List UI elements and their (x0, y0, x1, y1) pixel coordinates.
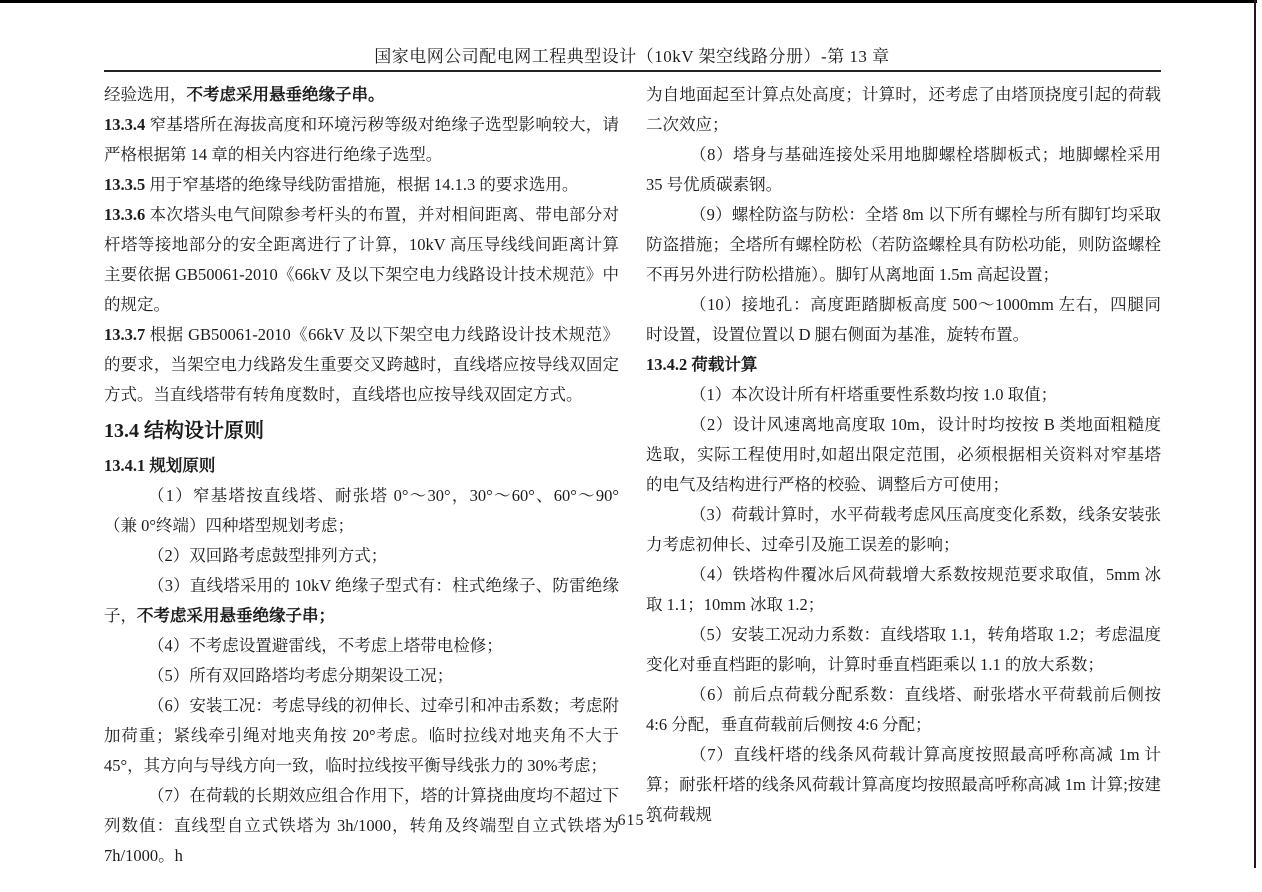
text-columns: 经验选用，不考虑采用悬垂绝缘子串。13.3.4 窄基塔所在海拔高度和环境污秽等级… (104, 80, 1161, 871)
text-run: 13.4.2 荷载计算 (646, 355, 757, 374)
paragraph: （1）窄基塔按直线塔、耐张塔 0°～30°，30°～60°、60°～90°（兼 … (104, 481, 619, 541)
paragraph: （8）塔身与基础连接处采用地脚螺栓塔脚板式；地脚螺栓采用 35 号优质碳素钢。 (646, 140, 1161, 200)
left-column: 经验选用，不考虑采用悬垂绝缘子串。13.3.4 窄基塔所在海拔高度和环境污秽等级… (104, 80, 619, 871)
text-run: 13.3.7 (104, 325, 145, 344)
text-run: 经验选用， (104, 85, 187, 104)
text-run: 13.4.1 规划原则 (104, 456, 215, 475)
text-run: 13.3.6 (104, 205, 145, 224)
text-run: 不考虑采用悬垂绝缘子串； (137, 606, 335, 625)
paragraph: （3）直线塔采用的 10kV 绝缘子型式有：柱式绝缘子、防雷绝缘子，不考虑采用悬… (104, 571, 619, 631)
paragraph: 13.3.4 窄基塔所在海拔高度和环境污秽等级对绝缘子选型影响较大，请严格根据第… (104, 110, 619, 170)
paragraph: （5）所有双回路塔均考虑分期架设工况； (104, 661, 619, 691)
subsection-heading: 13.4.1 规划原则 (104, 451, 619, 481)
text-run: （1）本次设计所有杆塔重要性系数均按 1.0 取值； (690, 385, 1057, 404)
text-run: （8）塔身与基础连接处采用地脚螺栓塔脚板式；地脚螺栓采用 35 号优质碳素钢。 (646, 145, 1161, 194)
paragraph: （6）前后点荷载分配系数：直线塔、耐张塔水平荷载前后侧按 4:6 分配，垂直荷载… (646, 680, 1161, 740)
text-run: 13.3.5 (104, 175, 145, 194)
paragraph: （4）铁塔构件覆冰后风荷载增大系数按规范要求取值，5mm 冰取 1.1；10mm… (646, 560, 1161, 620)
text-run: （4）不考虑设置避雷线，不考虑上塔带电检修； (148, 636, 503, 655)
text-run: （3）荷载计算时，水平荷载考虑风压高度变化系数，线条安装张力考虑初伸长、过牵引及… (646, 505, 1161, 554)
text-run: （2）设计风速离地高度取 10m，设计时均按按 B 类地面粗糙度选取，实际工程使… (646, 415, 1161, 494)
top-border (0, 0, 1257, 3)
paragraph: 为自地面起至计算点处高度；计算时，还考虑了由塔顶挠度引起的荷载二次效应； (646, 80, 1161, 140)
header-rule (104, 70, 1161, 72)
text-run: 用于窄基塔的绝缘导线防雷措施，根据 14.1.3 的要求选用。 (145, 175, 578, 194)
text-run: （6）安装工况：考虑导线的初伸长、过牵引和冲击系数；考虑附加荷重；紧线牵引绳对地… (104, 696, 619, 775)
paragraph: 13.3.5 用于窄基塔的绝缘导线防雷措施，根据 14.1.3 的要求选用。 (104, 170, 619, 200)
text-run: 为自地面起至计算点处高度；计算时，还考虑了由塔顶挠度引起的荷载二次效应； (646, 85, 1161, 134)
text-run: 根据 GB50061-2010《66kV 及以下架空电力线路设计技术规范》的要求… (104, 325, 619, 404)
text-run: 13.4 结构设计原则 (104, 420, 264, 442)
text-run: 不考虑采用悬垂绝缘子串。 (187, 85, 385, 104)
text-run: （4）铁塔构件覆冰后风荷载增大系数按规范要求取值，5mm 冰取 1.1；10mm… (646, 565, 1161, 614)
paragraph: （2）设计风速离地高度取 10m，设计时均按按 B 类地面粗糙度选取，实际工程使… (646, 410, 1161, 500)
text-run: 13.3.4 (104, 115, 145, 134)
paragraph: （10）接地孔：高度距踏脚板高度 500～1000mm 左右，四腿同时设置，设置… (646, 290, 1161, 350)
section-heading: 13.4 结构设计原则 (104, 414, 619, 448)
text-run: 本次塔头电气间隙参考杆头的布置，并对相间距离、带电部分对杆塔等接地部分的安全距离… (104, 205, 619, 314)
text-run: （6）前后点荷载分配系数：直线塔、耐张塔水平荷载前后侧按 4:6 分配，垂直荷载… (646, 685, 1161, 734)
paragraph: 经验选用，不考虑采用悬垂绝缘子串。 (104, 80, 619, 110)
paragraph: （1）本次设计所有杆塔重要性系数均按 1.0 取值； (646, 380, 1161, 410)
text-run: （10）接地孔：高度距踏脚板高度 500～1000mm 左右，四腿同时设置，设置… (646, 295, 1161, 344)
paragraph: （2）双回路考虑鼓型排列方式； (104, 541, 619, 571)
text-run: 窄基塔所在海拔高度和环境污秽等级对绝缘子选型影响较大，请严格根据第 14 章的相… (104, 115, 619, 164)
right-border (1254, 0, 1256, 868)
paragraph: （9）螺栓防盗与防松：全塔 8m 以下所有螺栓与所有脚钉均采取防盗措施；全塔所有… (646, 200, 1161, 290)
text-run: （1）窄基塔按直线塔、耐张塔 0°～30°，30°～60°、60°～90°（兼 … (104, 486, 619, 535)
subsection-heading: 13.4.2 荷载计算 (646, 350, 1161, 380)
page-number: - 615 - (0, 812, 1262, 830)
text-run: （5）安装工况动力系数：直线塔取 1.1，转角塔取 1.2；考虑温度变化对垂直档… (646, 625, 1161, 674)
paragraph: （3）荷载计算时，水平荷载考虑风压高度变化系数，线条安装张力考虑初伸长、过牵引及… (646, 500, 1161, 560)
text-run: （2）双回路考虑鼓型排列方式； (148, 546, 387, 565)
text-run: （5）所有双回路塔均考虑分期架设工况； (148, 666, 453, 685)
document-page: 国家电网公司配电网工程典型设计（10kV 架空线路分册）-第 13 章 经验选用… (0, 0, 1262, 892)
paragraph: 13.3.7 根据 GB50061-2010《66kV 及以下架空电力线路设计技… (104, 320, 619, 410)
paragraph: （5）安装工况动力系数：直线塔取 1.1，转角塔取 1.2；考虑温度变化对垂直档… (646, 620, 1161, 680)
right-column: 为自地面起至计算点处高度；计算时，还考虑了由塔顶挠度引起的荷载二次效应；（8）塔… (646, 80, 1161, 871)
paragraph: 13.3.6 本次塔头电气间隙参考杆头的布置，并对相间距离、带电部分对杆塔等接地… (104, 200, 619, 320)
paragraph: （6）安装工况：考虑导线的初伸长、过牵引和冲击系数；考虑附加荷重；紧线牵引绳对地… (104, 691, 619, 781)
paragraph: （4）不考虑设置避雷线，不考虑上塔带电检修； (104, 631, 619, 661)
text-run: （9）螺栓防盗与防松：全塔 8m 以下所有螺栓与所有脚钉均采取防盗措施；全塔所有… (646, 205, 1161, 284)
document-header-title: 国家电网公司配电网工程典型设计（10kV 架空线路分册）-第 13 章 (103, 42, 1161, 67)
